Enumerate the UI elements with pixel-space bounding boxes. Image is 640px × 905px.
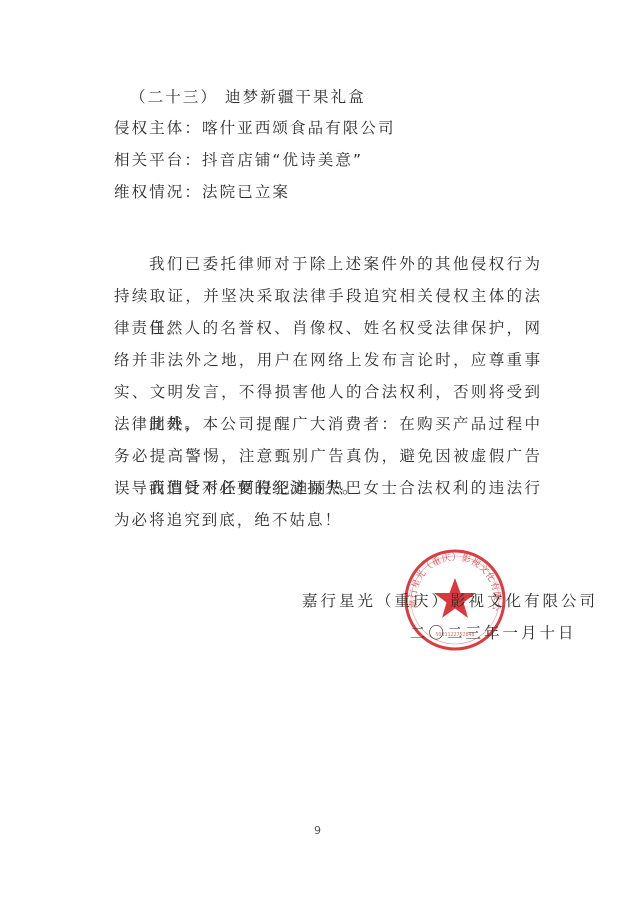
- field-value: 喀什亚西颂食品有限公司: [202, 119, 396, 137]
- field-status: 维权情况：法院已立案: [114, 182, 290, 202]
- field-label: 相关平台：: [114, 151, 202, 169]
- field-value: 法院已立案: [202, 183, 290, 201]
- signature-date: 二〇二三年一月十日: [410, 623, 577, 643]
- field-label: 维权情况：: [114, 183, 202, 201]
- field-value: 抖音店铺“优诗美意”: [202, 151, 363, 169]
- signature-company: 嘉行星光（重庆）影视文化有限公司: [302, 591, 598, 611]
- section-heading: （二十三） 迪梦新疆干果礼盒: [130, 87, 366, 107]
- paragraph-closing: 我们针对任何侵犯迪丽热巴女士合法权利的违法行为必将追究到底，绝不姑息！: [114, 472, 542, 536]
- field-label: 侵权主体：: [114, 119, 202, 137]
- document-page: （二十三） 迪梦新疆干果礼盒 侵权主体：喀什亚西颂食品有限公司 相关平台：抖音店…: [0, 0, 640, 905]
- field-platform: 相关平台：抖音店铺“优诗美意”: [114, 150, 363, 170]
- field-infringer: 侵权主体：喀什亚西颂食品有限公司: [114, 118, 396, 138]
- page-number: 9: [314, 824, 321, 837]
